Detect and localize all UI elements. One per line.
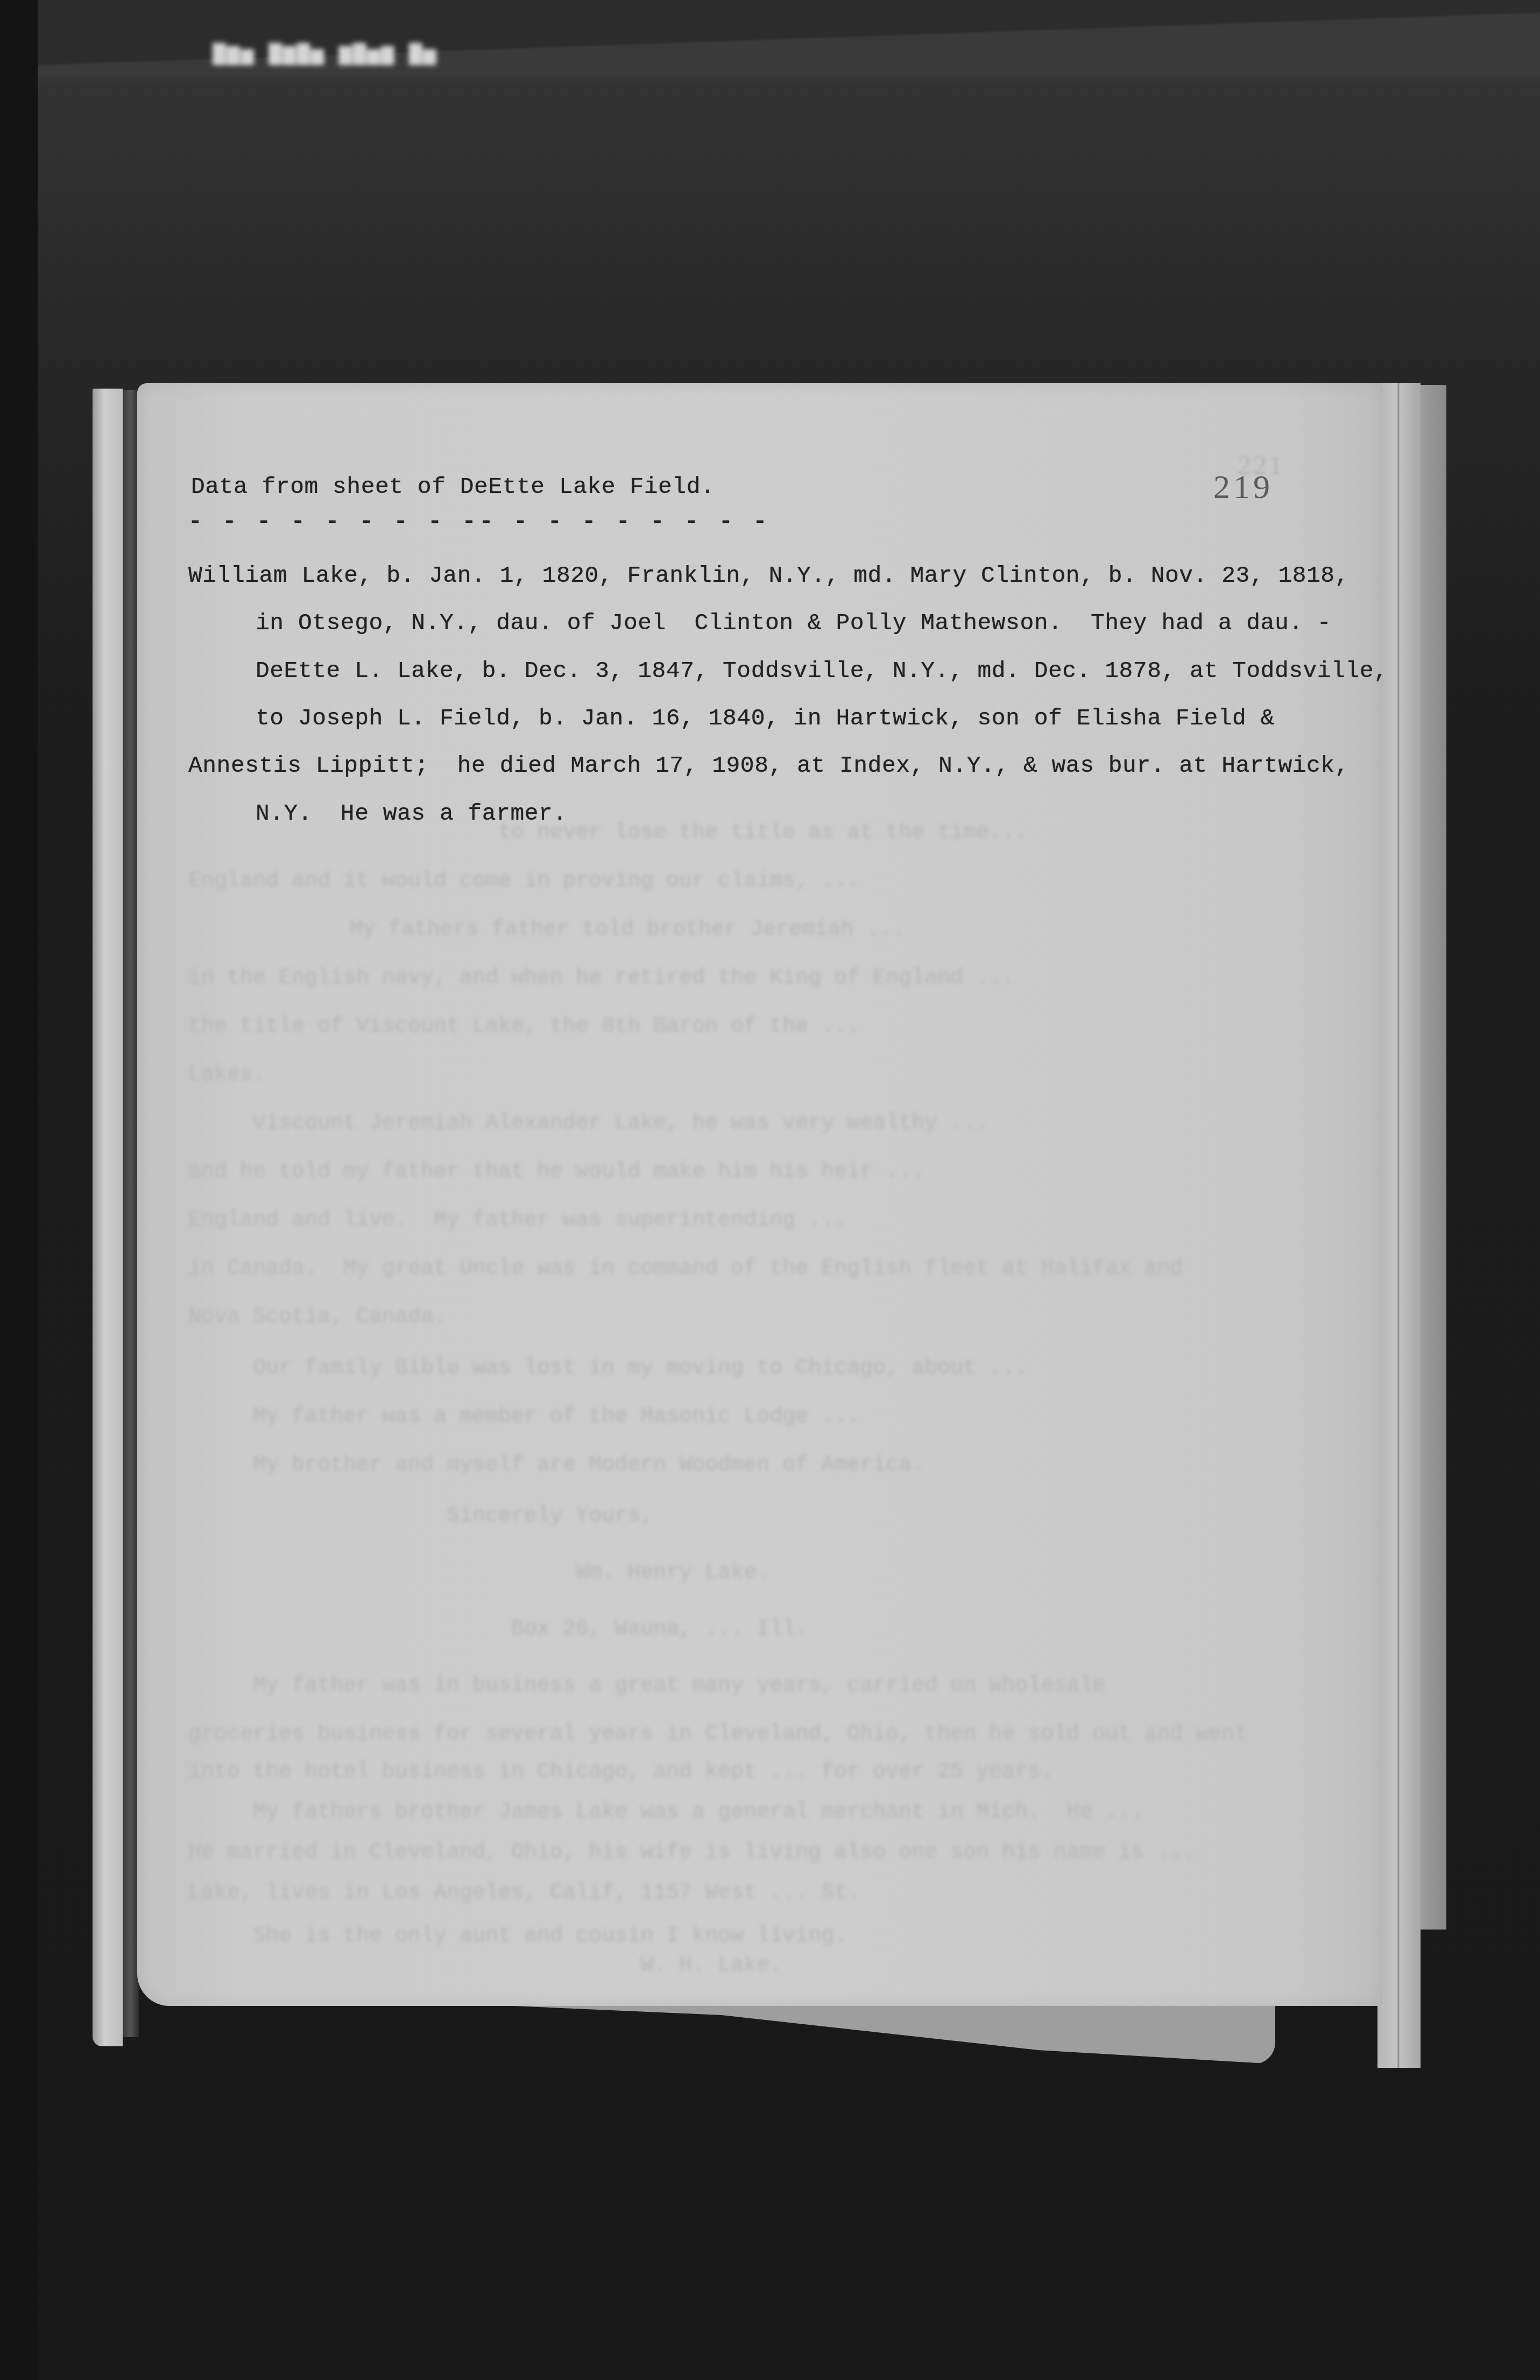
facing-page-edge (93, 389, 123, 2046)
ghost-line: My father was a member of the Masonic Lo… (188, 1405, 860, 1429)
body-line-6: N.Y. He was a farmer. (256, 800, 567, 827)
ghost-line: Wm. Henry Lake. (188, 1561, 769, 1585)
ghost-line: Lake, lives in Los Angeles, Calif, 1157 … (188, 1881, 860, 1905)
ghost-line: groceries business for several years in … (188, 1722, 1247, 1747)
ghost-line: Nova Scotia, Canada. (188, 1305, 447, 1329)
ghost-line: England and it would come in proving our… (188, 869, 860, 893)
ghost-line: My father was in business a great many y… (188, 1674, 1105, 1698)
binding-gutter (123, 390, 139, 2037)
ghost-line: My brother and myself are Modern Woodmen… (188, 1453, 924, 1477)
ghost-line: Box 26, Wauna, ... Ill. (188, 1617, 808, 1642)
page-stack-edge (1377, 383, 1421, 2068)
document-title: Data from sheet of DeEtte Lake Field. (191, 474, 715, 500)
ghost-line: Lakes. (188, 1063, 266, 1087)
ghost-line: She is the only aunt and cousin I know l… (188, 1924, 847, 1948)
ghost-line: W. H. Lake. (188, 1954, 782, 1978)
ghost-line: into the hotel business in Chicago, and … (188, 1760, 1054, 1784)
body-line-5: Annestis Lippitt; he died March 17, 1908… (188, 752, 1349, 779)
page-stack-edge-outer (1421, 385, 1446, 1930)
ghost-line: My fathers brother James Lake was a gene… (188, 1800, 1144, 1825)
ghost-line: in the English navy, and when he retired… (188, 966, 1015, 990)
body-line-3: DeEtte L. Lake, b. Dec. 3, 1847, Toddsvi… (256, 658, 1388, 684)
ghost-line: and he told my father that he would make… (188, 1160, 924, 1184)
body-line-2: in Otsego, N.Y., dau. of Joel Clinton & … (256, 610, 1331, 636)
ghost-line: in Canada. My great Uncle was in command… (188, 1257, 1183, 1281)
ghost-line: the title of Viscount Lake, the 8th Baro… (188, 1015, 860, 1039)
ghost-line: Our family Bible was lost in my moving t… (188, 1356, 1028, 1381)
body-line-4: to Joseph L. Field, b. Jan. 16, 1840, in… (256, 705, 1275, 731)
ghost-line: England and live. My father was superint… (188, 1208, 847, 1233)
film-header-label: ▇▆▅ ▇▆▇▅ ▆▇▅▆ ▇▅ (213, 40, 557, 67)
title-underline: - - - - - - - - -- - - - - - - - - (188, 509, 770, 535)
body-line-1: William Lake, b. Jan. 1, 1820, Franklin,… (188, 562, 1349, 589)
ghost-line: My fathers father told brother Jeremiah … (285, 918, 905, 942)
ghost-line: Viscount Jeremiah Alexander Lake, he was… (188, 1111, 989, 1136)
ghost-line: Sincerely Yours, (188, 1504, 653, 1529)
page-number: 219 (1213, 468, 1273, 506)
ghost-line: He married in Cleveland, Ohio, his wife … (188, 1841, 1196, 1865)
